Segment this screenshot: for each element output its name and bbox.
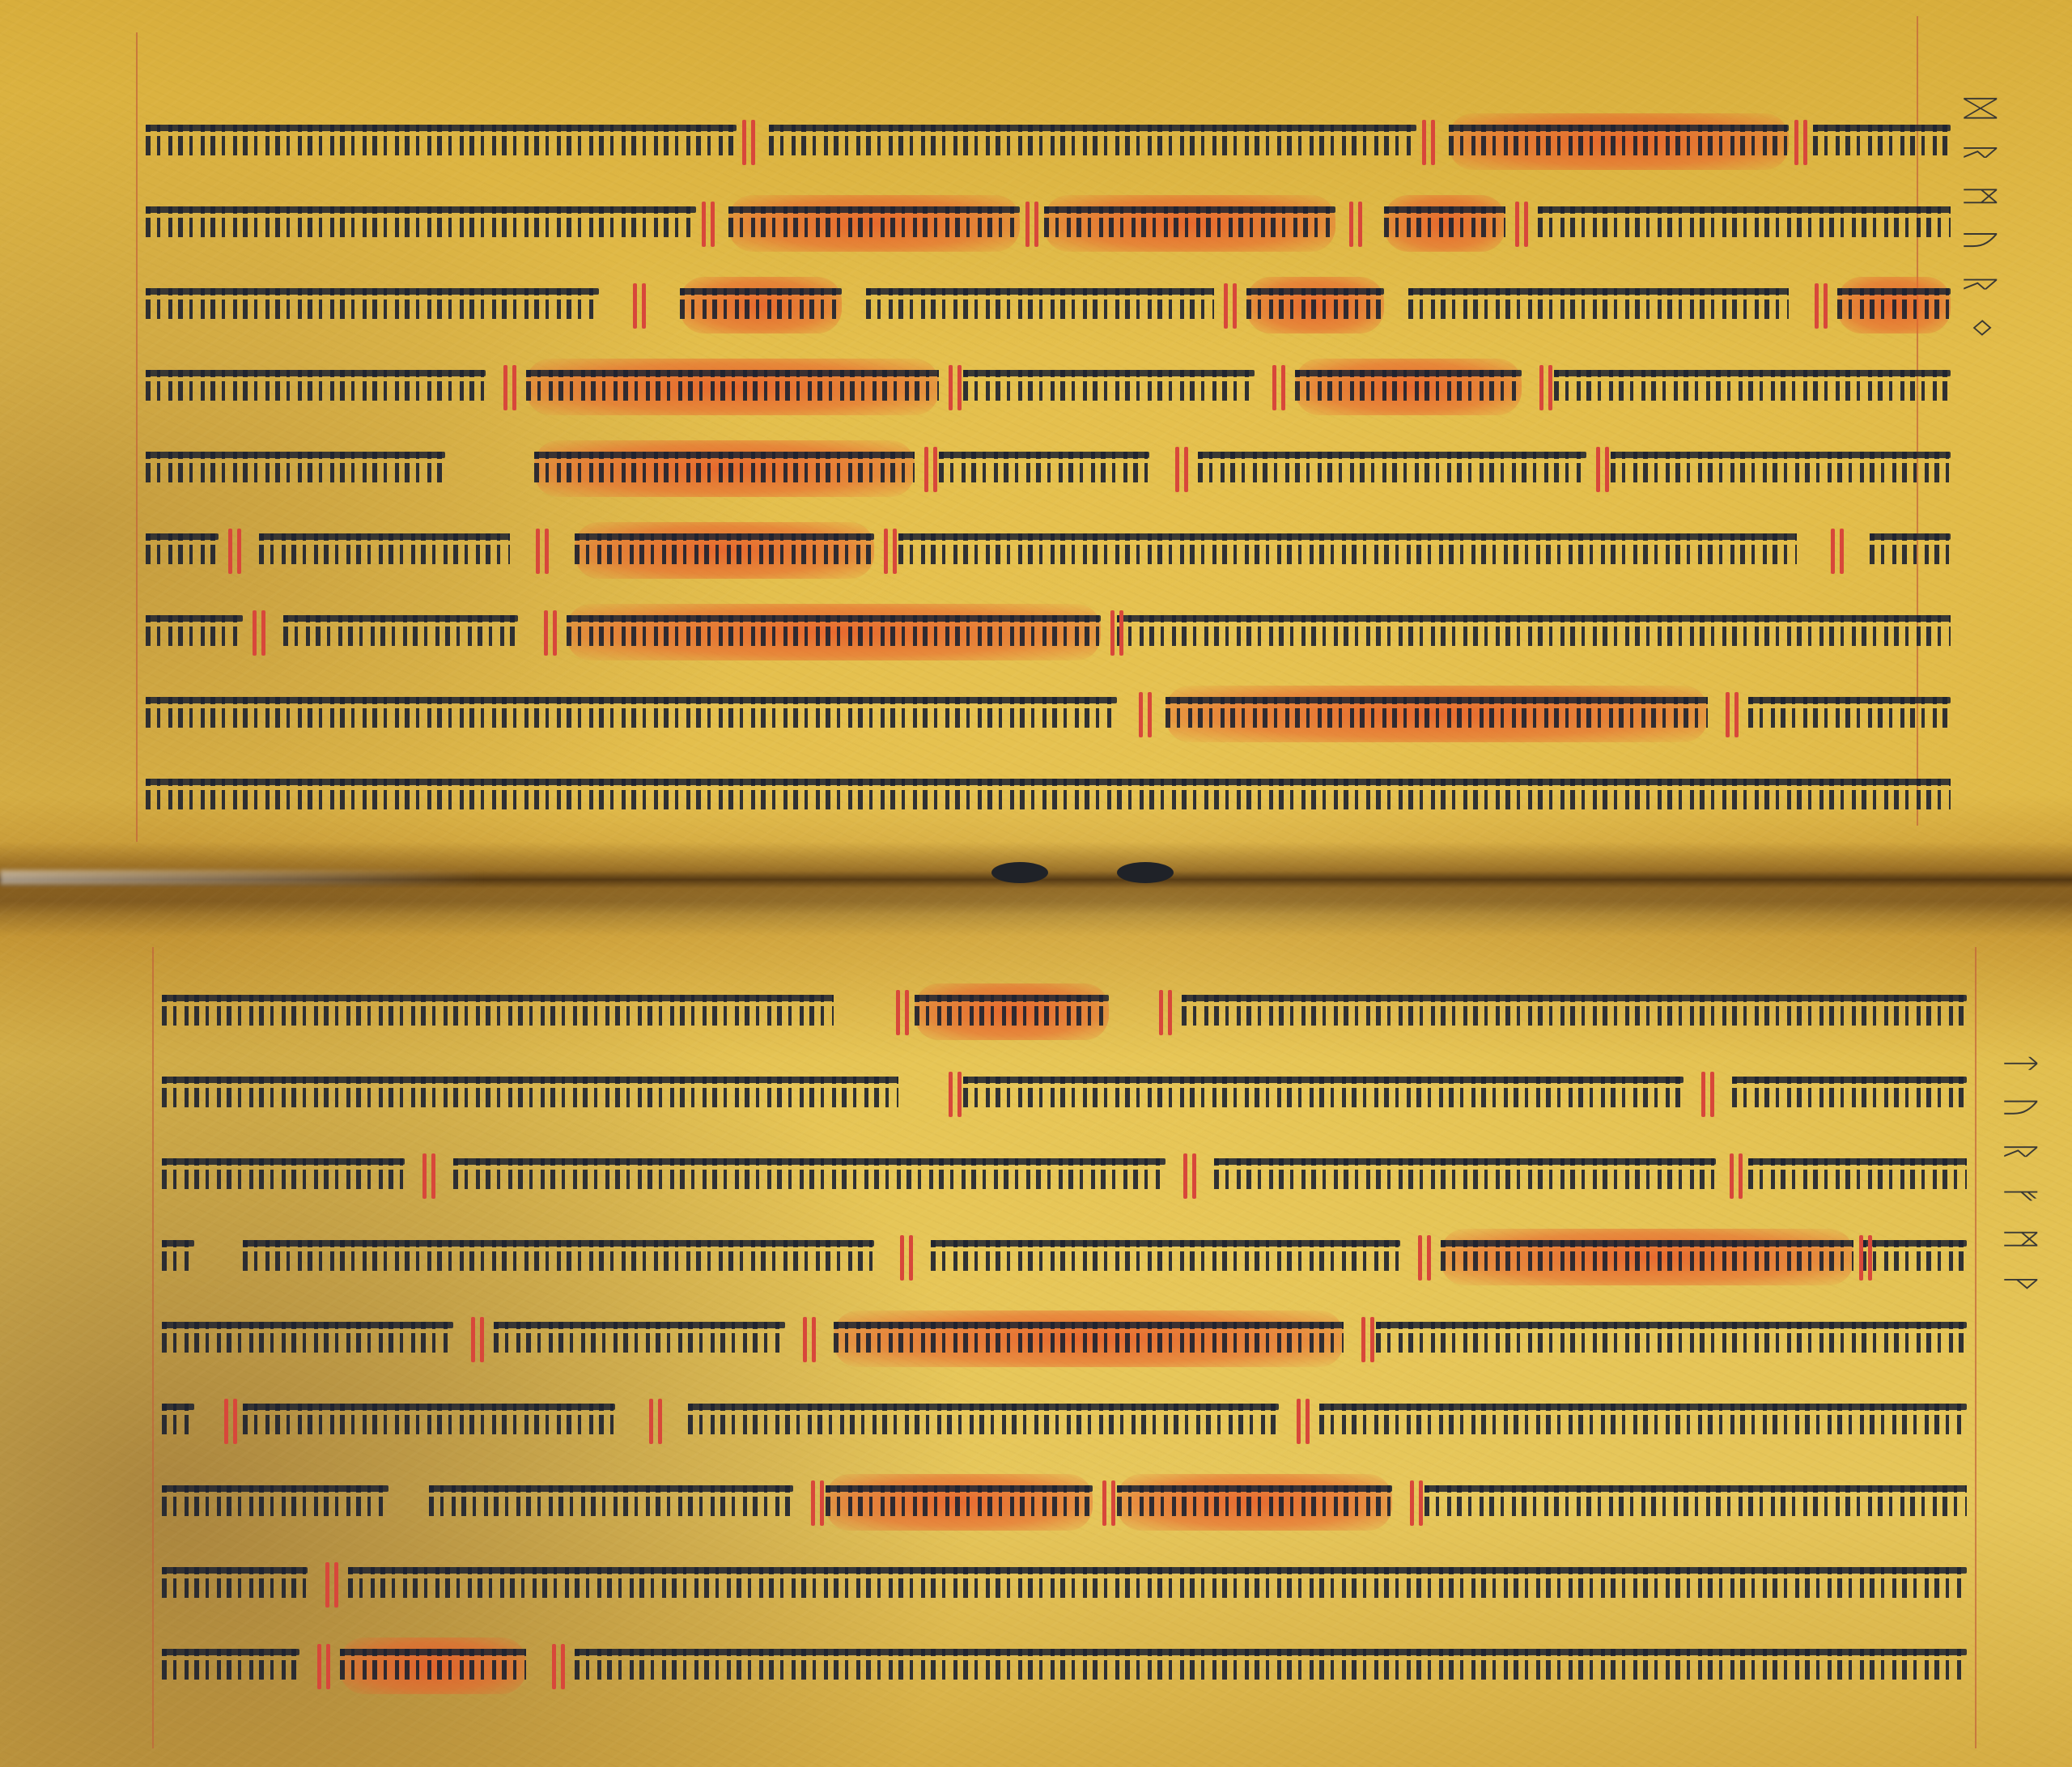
text-passage: [146, 277, 599, 333]
highlighted-passage: [567, 604, 1101, 661]
text-passage: [939, 440, 1149, 497]
danda-marker-icon: [1594, 447, 1612, 492]
headline-stroke: [931, 1240, 1400, 1247]
danda-marker-icon: [647, 1399, 665, 1444]
text-passage: [1862, 1229, 1967, 1285]
danda-marker-icon: [947, 1072, 965, 1117]
highlighted-passage: [680, 277, 842, 333]
text-passage: [429, 1474, 793, 1531]
danda-marker-icon: [534, 529, 552, 574]
headline-stroke: [340, 1649, 526, 1655]
headline-stroke: [1182, 995, 1967, 1001]
margin-folio-note: ᛏ ᚢ ᚱ ᚠ ᛗ ᚹ: [1999, 1052, 2043, 1299]
headline-stroke: [567, 615, 1101, 622]
headline-stroke: [453, 1158, 1165, 1165]
headline-stroke: [146, 288, 599, 295]
text-line: [162, 1556, 1967, 1612]
danda-marker-icon: [809, 1480, 827, 1526]
text-passage: [162, 1229, 194, 1285]
highlighted-passage: [1044, 195, 1335, 252]
text-passage: [1554, 359, 1951, 415]
danda-marker-icon: [1137, 692, 1155, 737]
text-line: [146, 113, 1951, 170]
text-line: [162, 1310, 1967, 1367]
danda-marker-icon: [1295, 1399, 1313, 1444]
text-line: [146, 522, 1951, 579]
headline-stroke: [1748, 697, 1951, 703]
highlighted-passage: [915, 983, 1109, 1040]
headline-stroke: [898, 533, 1797, 540]
text-passage: [162, 983, 834, 1040]
text-passage: [162, 1392, 194, 1449]
headline-stroke: [162, 1240, 194, 1247]
danda-marker-icon: [801, 1317, 819, 1362]
headline-stroke: [283, 615, 518, 622]
text-passage: [146, 604, 243, 661]
headline-stroke: [1295, 370, 1522, 376]
text-line: [162, 1065, 1967, 1122]
highlighted-passage: [826, 1474, 1093, 1531]
danda-marker-icon: [1174, 447, 1191, 492]
text-passage: [146, 686, 1117, 742]
headline-stroke: [1384, 206, 1505, 213]
headline-stroke: [834, 1322, 1344, 1328]
text-passage: [1408, 277, 1789, 333]
danda-marker-icon: [1728, 1153, 1746, 1199]
highlighted-passage: [728, 195, 1020, 252]
headline-stroke: [1732, 1077, 1967, 1083]
text-passage: [146, 440, 445, 497]
text-passage: [348, 1556, 1967, 1612]
headline-stroke: [1246, 288, 1384, 295]
text-line: [162, 1637, 1967, 1694]
danda-marker-icon: [1109, 610, 1127, 656]
headline-stroke: [915, 995, 1109, 1001]
headline-stroke: [1198, 452, 1586, 458]
headline-stroke: [494, 1322, 785, 1328]
headline-stroke: [1862, 1240, 1967, 1247]
highlighted-passage: [1384, 195, 1505, 252]
danda-marker-icon: [882, 529, 900, 574]
headline-stroke: [162, 995, 834, 1001]
danda-marker-icon: [898, 1235, 916, 1281]
highlighted-passage: [534, 440, 915, 497]
headline-stroke: [1319, 1404, 1967, 1410]
headline-stroke: [1117, 1485, 1392, 1492]
danda-marker-icon: [1182, 1153, 1199, 1199]
text-passage: [963, 359, 1255, 415]
headline-stroke: [1748, 1158, 1967, 1165]
headline-stroke: [1424, 1485, 1967, 1492]
danda-marker-icon: [631, 283, 649, 329]
headline-stroke: [1538, 206, 1951, 213]
text-passage: [146, 195, 696, 252]
headline-stroke: [1117, 615, 1951, 622]
danda-marker-icon: [1829, 529, 1847, 574]
text-line: [162, 1229, 1967, 1285]
danda-marker-icon: [469, 1317, 487, 1362]
headline-stroke: [1611, 452, 1951, 458]
danda-marker-icon: [1348, 202, 1365, 247]
text-passage: [259, 522, 510, 579]
headline-stroke: [1214, 1158, 1716, 1165]
right-margin-rule-lower: [1975, 947, 1976, 1748]
text-passage: [243, 1392, 615, 1449]
highlighted-passage: [526, 359, 939, 415]
highlighted-passage: [1295, 359, 1522, 415]
highlighted-passage: [1117, 1474, 1392, 1531]
headline-stroke: [162, 1567, 308, 1574]
headline-stroke: [1376, 1322, 1967, 1328]
headline-stroke: [688, 1404, 1279, 1410]
highlighted-passage: [1441, 1229, 1853, 1285]
headline-stroke: [526, 370, 939, 376]
danda-marker-icon: [947, 365, 965, 410]
danda-marker-icon: [542, 610, 560, 656]
headline-stroke: [1044, 206, 1335, 213]
headline-stroke: [146, 615, 243, 622]
headline-stroke: [162, 1158, 405, 1165]
text-line: [146, 277, 1951, 333]
headline-stroke: [429, 1485, 793, 1492]
text-line: [146, 440, 1951, 497]
text-passage: [162, 1556, 308, 1612]
text-passage: [1732, 1065, 1967, 1122]
text-passage: [1182, 983, 1967, 1040]
text-passage: [1611, 440, 1951, 497]
headline-stroke: [162, 1404, 194, 1410]
danda-marker-icon: [1858, 1235, 1875, 1281]
margin-folio-note: ᛞ ᚱ ᛗ ᚢ ᚱ ᛜ: [1959, 97, 2002, 344]
text-passage: [146, 767, 1951, 824]
danda-marker-icon: [1222, 283, 1240, 329]
text-passage: [453, 1147, 1165, 1204]
danda-marker-icon: [894, 990, 912, 1035]
headline-stroke: [259, 533, 510, 540]
text-passage: [1117, 604, 1951, 661]
danda-marker-icon: [1157, 990, 1175, 1035]
danda-marker-icon: [1514, 202, 1531, 247]
text-passage: [1538, 195, 1951, 252]
text-passage: [769, 113, 1416, 170]
headline-stroke: [575, 1649, 1967, 1655]
highlighted-passage: [1449, 113, 1789, 170]
text-line: [146, 195, 1951, 252]
binding-knot-left: [991, 862, 1048, 883]
headline-stroke: [1837, 288, 1951, 295]
text-passage: [931, 1229, 1400, 1285]
text-line: [162, 1474, 1967, 1531]
headline-stroke: [769, 125, 1416, 131]
headline-stroke: [243, 1404, 615, 1410]
manuscript-photo: ᛞ ᚱ ᛗ ᚢ ᚱ ᛜᛏ ᚢ ᚱ ᚠ ᛗ ᚹ Photograph of an …: [0, 0, 2072, 1767]
danda-marker-icon: [324, 1562, 342, 1608]
headline-stroke: [680, 288, 842, 295]
left-margin-rule-lower: [152, 947, 154, 1748]
highlighted-passage: [834, 1310, 1344, 1367]
danda-marker-icon: [316, 1644, 333, 1689]
text-line: [146, 359, 1951, 415]
danda-marker-icon: [1408, 1480, 1426, 1526]
text-passage: [243, 1229, 874, 1285]
headline-stroke: [1870, 533, 1951, 540]
text-passage: [898, 522, 1797, 579]
headline-stroke: [866, 288, 1214, 295]
text-passage: [1748, 1147, 1967, 1204]
text-passage: [146, 522, 219, 579]
text-passage: [1214, 1147, 1716, 1204]
text-passage: [162, 1065, 898, 1122]
headline-stroke: [1449, 125, 1789, 131]
text-passage: [575, 1637, 1967, 1694]
headline-stroke: [162, 1077, 898, 1083]
danda-marker-icon: [502, 365, 520, 410]
danda-marker-icon: [1271, 365, 1289, 410]
text-line: [146, 604, 1951, 661]
text-passage: [866, 277, 1214, 333]
headline-stroke: [939, 452, 1149, 458]
headline-stroke: [963, 370, 1255, 376]
headline-stroke: [1408, 288, 1789, 295]
danda-marker-icon: [1538, 365, 1556, 410]
text-line: [162, 983, 1967, 1040]
text-passage: [283, 604, 518, 661]
headline-stroke: [146, 533, 219, 540]
headline-stroke: [146, 206, 696, 213]
headline-stroke: [575, 533, 874, 540]
highlighted-passage: [1837, 277, 1951, 333]
fold-glare: [0, 870, 486, 885]
headline-stroke: [1554, 370, 1951, 376]
danda-marker-icon: [1724, 692, 1742, 737]
danda-marker-icon: [700, 202, 718, 247]
text-passage: [162, 1147, 405, 1204]
text-line: [162, 1147, 1967, 1204]
danda-marker-icon: [251, 610, 269, 656]
danda-marker-icon: [421, 1153, 439, 1199]
text-passage: [1424, 1474, 1967, 1531]
headline-stroke: [146, 370, 486, 376]
headline-stroke: [162, 1485, 388, 1492]
text-passage: [146, 359, 486, 415]
danda-marker-icon: [550, 1644, 568, 1689]
danda-marker-icon: [1813, 283, 1831, 329]
highlighted-passage: [1246, 277, 1384, 333]
text-passage: [963, 1065, 1683, 1122]
text-passage: [1319, 1392, 1967, 1449]
headline-stroke: [1441, 1240, 1853, 1247]
danda-marker-icon: [1024, 202, 1042, 247]
highlighted-passage: [575, 522, 874, 579]
text-passage: [162, 1637, 299, 1694]
danda-marker-icon: [1360, 1317, 1378, 1362]
headline-stroke: [243, 1240, 874, 1247]
danda-marker-icon: [1793, 120, 1811, 165]
headline-stroke: [348, 1567, 1967, 1574]
text-passage: [162, 1474, 388, 1531]
danda-marker-icon: [923, 447, 940, 492]
text-passage: [688, 1392, 1279, 1449]
headline-stroke: [146, 697, 1117, 703]
text-passage: [1748, 686, 1951, 742]
headline-stroke: [146, 452, 445, 458]
headline-stroke: [963, 1077, 1683, 1083]
binding-knot-right: [1117, 862, 1174, 883]
headline-stroke: [146, 779, 1951, 785]
danda-marker-icon: [1416, 1235, 1434, 1281]
text-line: [162, 1392, 1967, 1449]
headline-stroke: [534, 452, 915, 458]
text-passage: [494, 1310, 785, 1367]
headline-stroke: [1165, 697, 1708, 703]
danda-marker-icon: [223, 1399, 240, 1444]
text-passage: [1813, 113, 1951, 170]
text-passage: [146, 113, 737, 170]
text-line: [146, 686, 1951, 742]
danda-marker-icon: [1101, 1480, 1119, 1526]
left-margin-rule: [136, 32, 138, 842]
headline-stroke: [826, 1485, 1093, 1492]
headline-stroke: [162, 1649, 299, 1655]
highlighted-passage: [340, 1637, 526, 1694]
headline-stroke: [146, 125, 737, 131]
headline-stroke: [162, 1322, 453, 1328]
text-passage: [162, 1310, 453, 1367]
danda-marker-icon: [1420, 120, 1438, 165]
text-line: [146, 767, 1951, 824]
danda-marker-icon: [741, 120, 758, 165]
highlighted-passage: [1165, 686, 1708, 742]
danda-marker-icon: [1700, 1072, 1717, 1117]
headline-stroke: [1813, 125, 1951, 131]
text-passage: [1198, 440, 1586, 497]
text-passage: [1870, 522, 1951, 579]
danda-marker-icon: [227, 529, 244, 574]
headline-stroke: [728, 206, 1020, 213]
text-passage: [1376, 1310, 1967, 1367]
